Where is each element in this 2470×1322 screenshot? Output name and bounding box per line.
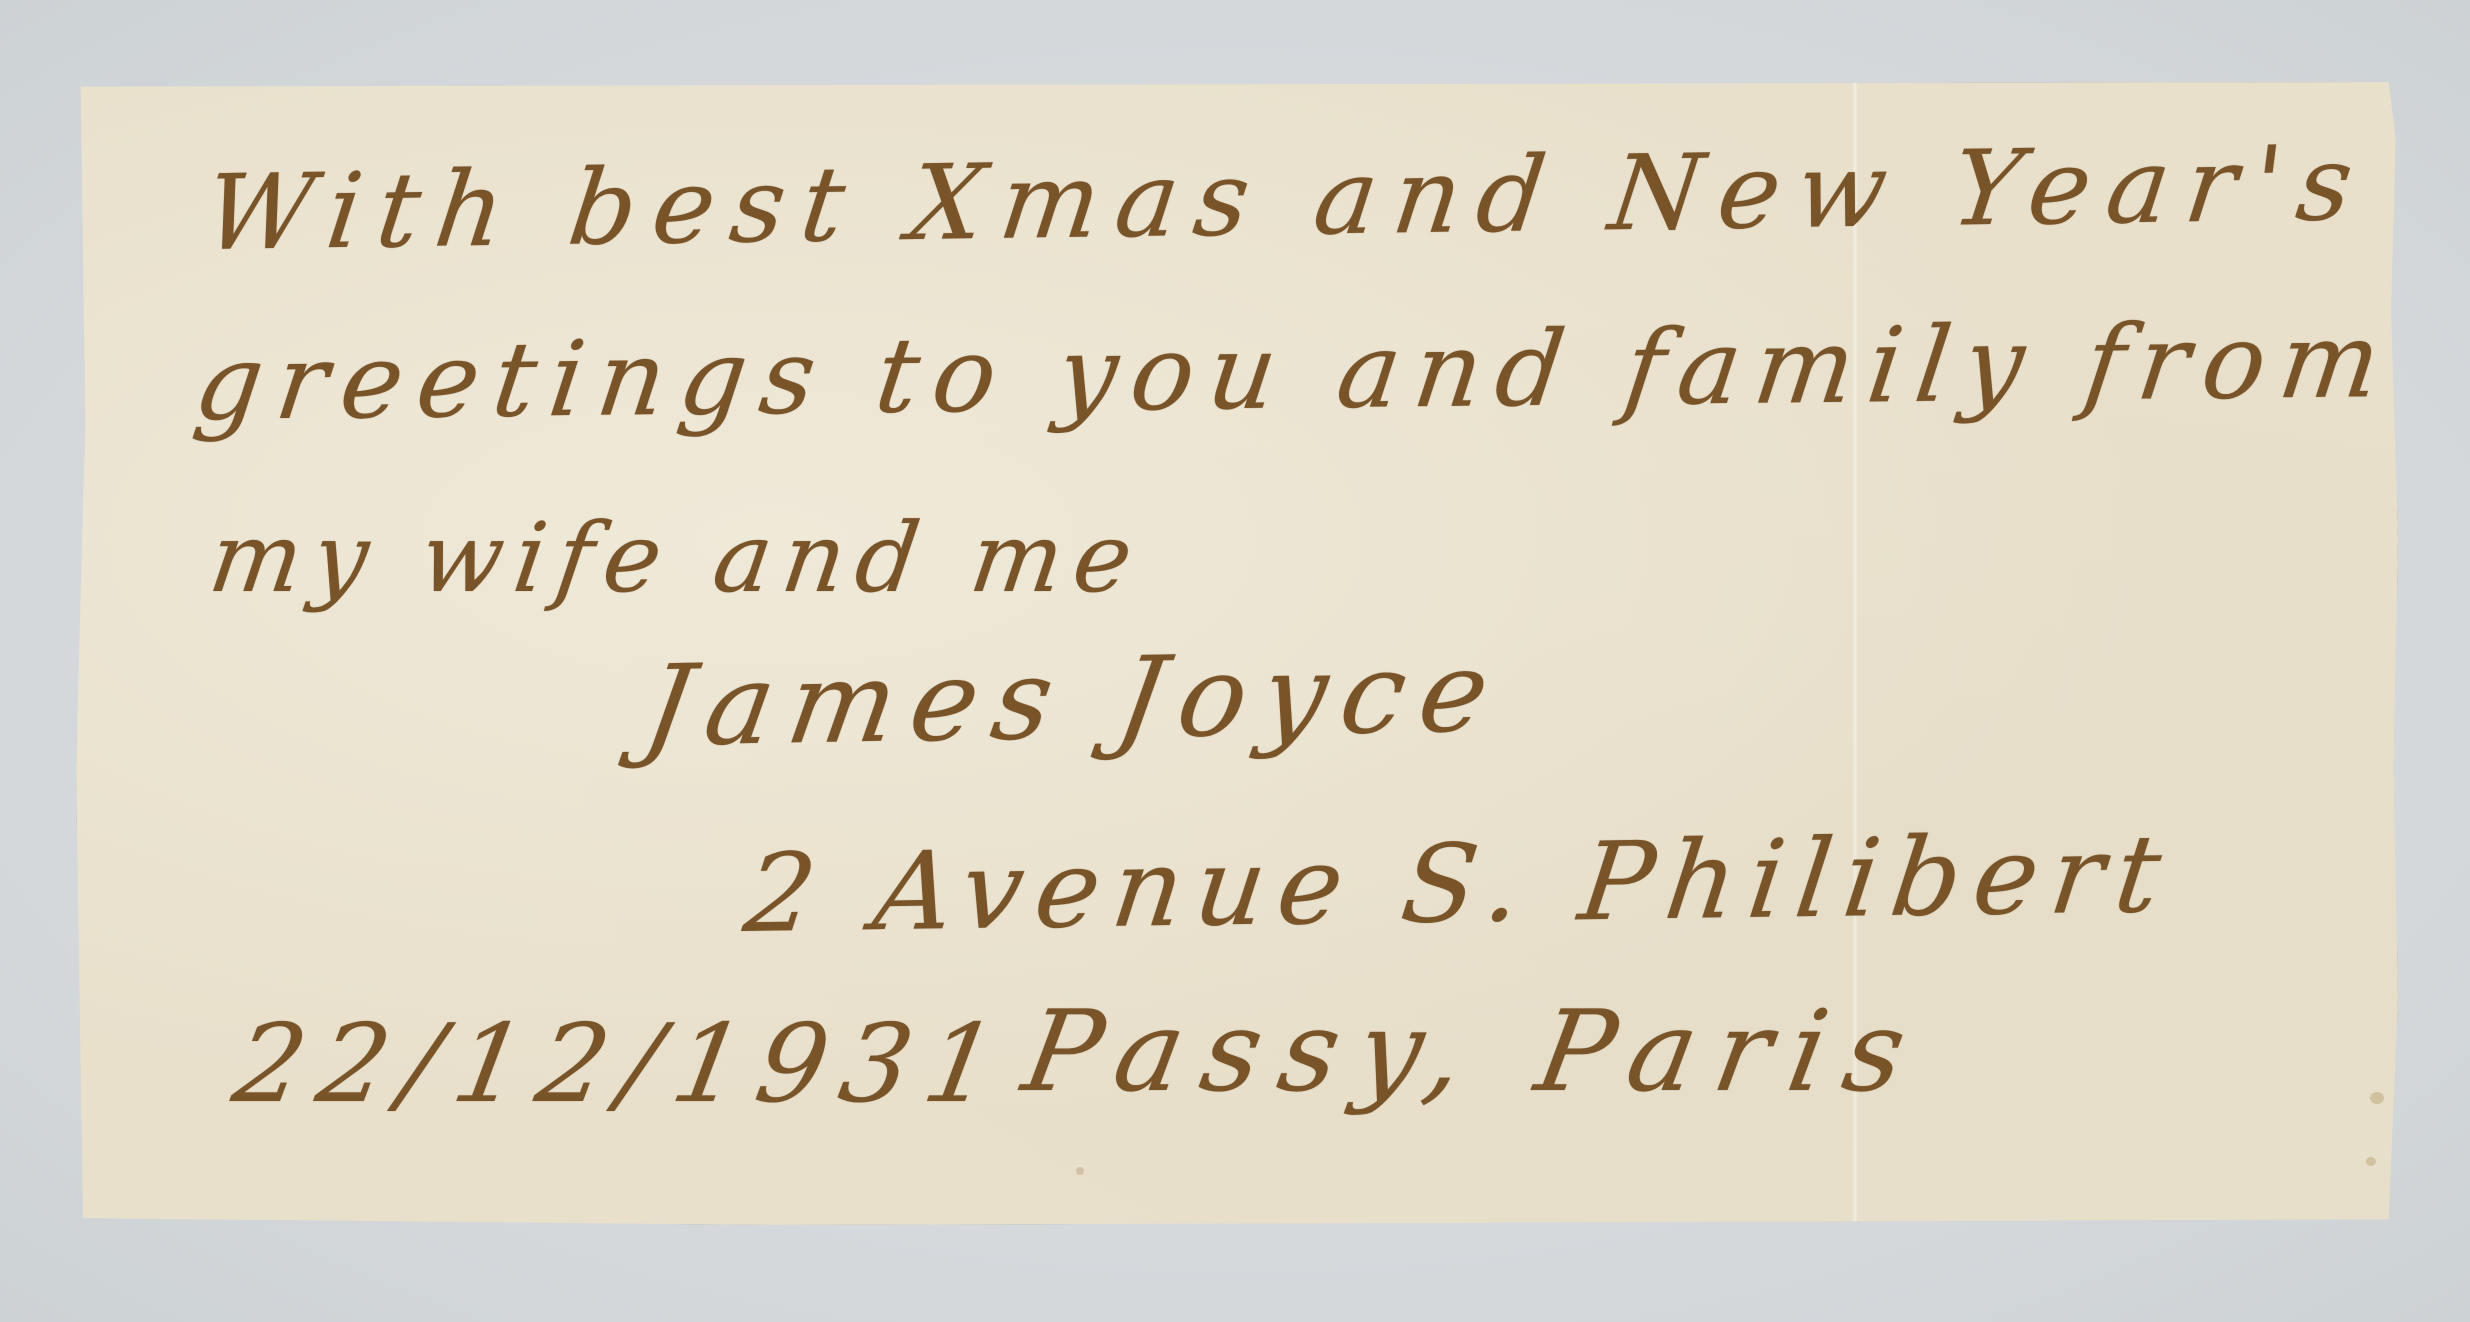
paper-foxing-spot: [2366, 1157, 2376, 1166]
paper-foxing-spot: [2370, 1092, 2384, 1104]
place: Passy, Paris: [1015, 987, 1935, 1117]
date: 22/12/1931: [225, 1002, 1021, 1127]
message-line-1: With best Xmas and New Year's: [198, 122, 2376, 274]
greeting-card: With best Xmas and New Year's greetings …: [76, 82, 2398, 1225]
message-line-3: my wife and me: [203, 502, 1150, 614]
paper-foxing-spot: [1076, 1167, 1084, 1175]
address-line: 2 Avenue S. Philibert: [738, 812, 2180, 957]
message-line-2: greetings to you and family from: [188, 299, 2402, 444]
signature: James Joyce: [636, 627, 1513, 772]
